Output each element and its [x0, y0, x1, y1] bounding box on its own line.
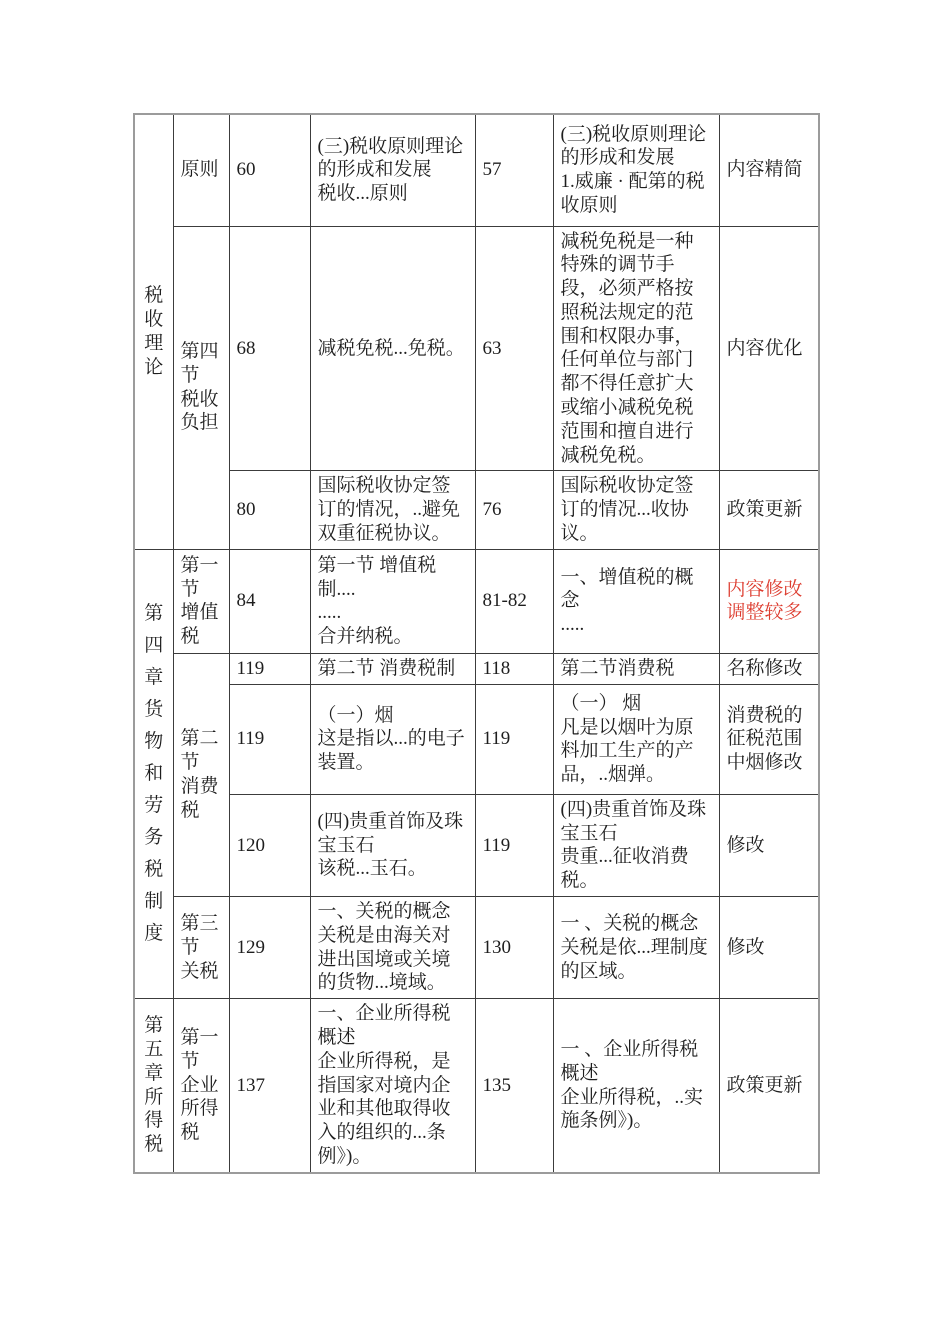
old-content-cell: (四)贵重首饰及珠宝玉石 该税...玉石。 — [310, 794, 475, 896]
table-row: 税收理论 原则 60 (三)税收原则理论的形成和发展 税收...原则 57 (三… — [134, 114, 819, 226]
old-page-cell: 129 — [229, 897, 310, 999]
change-type-cell: 修改 — [719, 794, 819, 896]
section-cell: 第三节 关税 — [173, 897, 229, 999]
chapter-cell: 税收理论 — [134, 114, 173, 549]
new-page-cell: 119 — [475, 794, 553, 896]
new-page-cell: 118 — [475, 653, 553, 684]
new-content-cell: 国际税收协定签订的情况...收协议。 — [553, 471, 719, 549]
revision-table: 税收理论 原则 60 (三)税收原则理论的形成和发展 税收...原则 57 (三… — [133, 113, 820, 1174]
change-type-cell: 内容优化 — [719, 226, 819, 471]
old-page-cell: 119 — [229, 653, 310, 684]
new-content-cell: 第二节消费税 — [553, 653, 719, 684]
chapter-cell: 第四章货物和劳务税制度 — [134, 549, 173, 998]
change-type-cell: 内容修改调整较多 — [719, 549, 819, 653]
old-page-cell: 120 — [229, 794, 310, 896]
old-page-cell: 119 — [229, 684, 310, 794]
table-row: 第四节 税收负担 68 减税免税...免税。 63 减税免税是一种特殊的调节手段… — [134, 226, 819, 471]
old-content-cell: 减税免税...免税。 — [310, 226, 475, 471]
change-type-cell: 政策更新 — [719, 471, 819, 549]
old-content-cell: （一）烟 这是指以...的电子装置。 — [310, 684, 475, 794]
change-type-cell: 内容精简 — [719, 114, 819, 226]
new-page-cell: 135 — [475, 999, 553, 1173]
old-page-cell: 84 — [229, 549, 310, 653]
new-page-cell: 63 — [475, 226, 553, 471]
new-page-cell: 57 — [475, 114, 553, 226]
change-type-cell: 消费税的征税范围中烟修改 — [719, 684, 819, 794]
new-content-cell: 一 、企业所得税概述 企业所得税，..实施条例》)。 — [553, 999, 719, 1173]
old-content-cell: 一、关税的概念 关税是由海关对进出国境或关境的货物...境域。 — [310, 897, 475, 999]
chapter-cell: 第五章所得税 — [134, 999, 173, 1173]
table-row: 第四章货物和劳务税制度 第一节 增值税 84 第一节 增值税制.... ....… — [134, 549, 819, 653]
old-page-cell: 137 — [229, 999, 310, 1173]
change-type-cell: 修改 — [719, 897, 819, 999]
old-content-cell: 一、企业所得税概述 企业所得税，是指国家对境内企业和其他取得收入的组织的...条… — [310, 999, 475, 1173]
new-content-cell: (三)税收原则理论的形成和发展 1.威廉 · 配第的税收原则 — [553, 114, 719, 226]
new-page-cell: 130 — [475, 897, 553, 999]
old-page-cell: 68 — [229, 226, 310, 471]
old-content-cell: (三)税收原则理论的形成和发展 税收...原则 — [310, 114, 475, 226]
old-page-cell: 60 — [229, 114, 310, 226]
new-content-cell: （一） 烟 凡是以烟叶为原料加工生产的产品，..烟弹。 — [553, 684, 719, 794]
new-content-cell: (四)贵重首饰及珠宝玉石 贵重...征收消费税。 — [553, 794, 719, 896]
table-row: 80 国际税收协定签订的情况，..避免双重征税协议。 76 国际税收协定签订的情… — [134, 471, 819, 549]
new-content-cell: 一、增值税的概念 ..... — [553, 549, 719, 653]
document-page: 税收理论 原则 60 (三)税收原则理论的形成和发展 税收...原则 57 (三… — [0, 0, 950, 1344]
old-content-cell: 第二节 消费税制 — [310, 653, 475, 684]
section-cell: 第四节 税收负担 — [173, 226, 229, 549]
new-page-cell: 119 — [475, 684, 553, 794]
old-content-cell: 国际税收协定签订的情况，..避免双重征税协议。 — [310, 471, 475, 549]
new-page-cell: 76 — [475, 471, 553, 549]
section-cell: 原则 — [173, 114, 229, 226]
table-row: 120 (四)贵重首饰及珠宝玉石 该税...玉石。 119 (四)贵重首饰及珠宝… — [134, 794, 819, 896]
new-content-cell: 减税免税是一种特殊的调节手段，必须严格按照税法规定的范围和权限办事，任何单位与部… — [553, 226, 719, 471]
section-cell: 第一节 企业所得税 — [173, 999, 229, 1173]
new-content-cell: 一 、关税的概念 关税是依...理制度的区域。 — [553, 897, 719, 999]
change-type-cell: 名称修改 — [719, 653, 819, 684]
change-type-cell: 政策更新 — [719, 999, 819, 1173]
new-page-cell: 81-82 — [475, 549, 553, 653]
table-row: 119 （一）烟 这是指以...的电子装置。 119 （一） 烟 凡是以烟叶为原… — [134, 684, 819, 794]
section-cell: 第二节 消费税 — [173, 653, 229, 896]
table-row: 第二节 消费税 119 第二节 消费税制 118 第二节消费税 名称修改 — [134, 653, 819, 684]
section-cell: 第一节 增值税 — [173, 549, 229, 653]
old-page-cell: 80 — [229, 471, 310, 549]
old-content-cell: 第一节 增值税制.... ..... 合并纳税。 — [310, 549, 475, 653]
table-row: 第三节 关税 129 一、关税的概念 关税是由海关对进出国境或关境的货物...境… — [134, 897, 819, 999]
table-row: 第五章所得税 第一节 企业所得税 137 一、企业所得税概述 企业所得税，是指国… — [134, 999, 819, 1173]
